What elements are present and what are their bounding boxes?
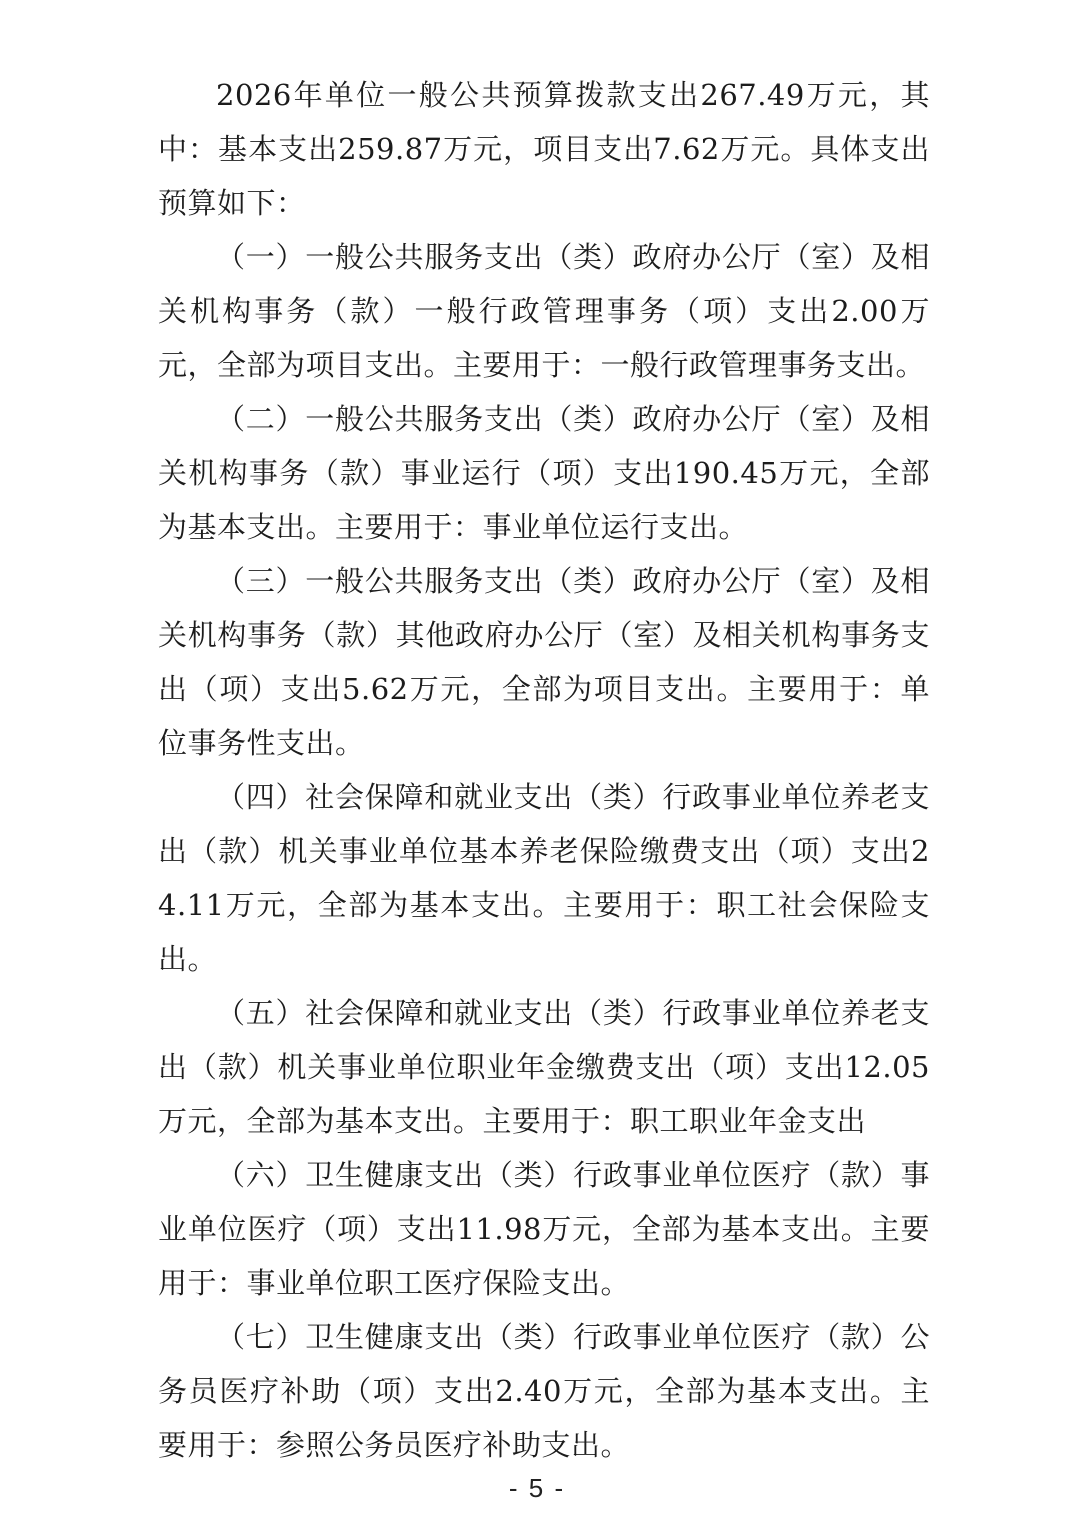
para-item-2: （二）一般公共服务支出（类）政府办公厅（室）及相关机构事务（款）事业运行（项）支… [158,392,930,554]
document-body: 2026年单位一般公共预算拨款支出267.49万元，其中：基本支出259.87万… [158,68,930,1472]
para-item-5: （五）社会保障和就业支出（类）行政事业单位养老支出（款）机关事业单位职业年金缴费… [158,986,930,1148]
para-item-3: （三）一般公共服务支出（类）政府办公厅（室）及相关机构事务（款）其他政府办公厅（… [158,554,930,770]
para-item-7: （七）卫生健康支出（类）行政事业单位医疗（款）公务员医疗补助（项）支出2.40万… [158,1310,930,1472]
para-item-1: （一）一般公共服务支出（类）政府办公厅（室）及相关机构事务（款）一般行政管理事务… [158,230,930,392]
para-item-6: （六）卫生健康支出（类）行政事业单位医疗（款）事业单位医疗（项）支出11.98万… [158,1148,930,1310]
para-budget-summary: 2026年单位一般公共预算拨款支出267.49万元，其中：基本支出259.87万… [158,68,930,230]
para-item-4: （四）社会保障和就业支出（类）行政事业单位养老支出（款）机关事业单位基本养老保险… [158,770,930,986]
document-page: 2026年单位一般公共预算拨款支出267.49万元，其中：基本支出259.87万… [0,0,1074,1520]
page-number: - 5 - [0,1473,1074,1504]
